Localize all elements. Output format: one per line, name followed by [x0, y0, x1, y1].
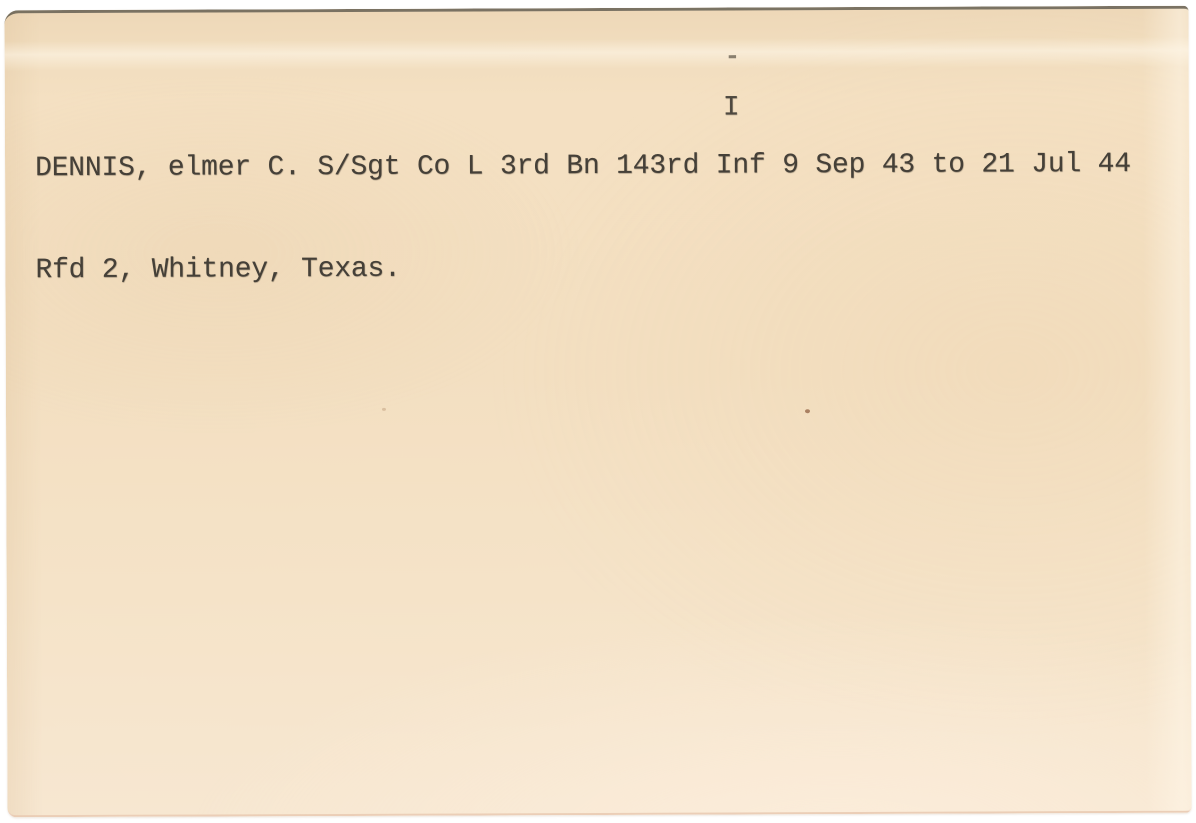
- scanned-page: DENNIS, elmer C. S/Sgt Co L 3rd Bn 143rd…: [0, 0, 1196, 823]
- overstrike-ghost-char: I: [723, 94, 740, 122]
- typed-line-1: DENNIS, elmer C. S/Sgt Co L 3rd Bn 143rd…: [35, 148, 1131, 186]
- scan-light-band-top: [5, 37, 1189, 72]
- overstrike-dash: -: [725, 43, 741, 69]
- typed-line-2-text: Rfd 2, Whitney, Texas.: [35, 254, 400, 286]
- index-card: DENNIS, elmer C. S/Sgt Co L 3rd Bn 143rd…: [4, 6, 1191, 818]
- ink-speck-faint: [382, 408, 386, 411]
- scan-light-band-right: [1142, 9, 1191, 811]
- ink-speck: [805, 409, 810, 413]
- typed-line-2: Rfd 2, Whitney, Texas.: [35, 250, 1131, 288]
- typed-text-block: DENNIS, elmer C. S/Sgt Co L 3rd Bn 143rd…: [35, 80, 1132, 356]
- typed-line-1-text: DENNIS, elmer C. S/Sgt Co L 3rd Bn 143rd…: [35, 149, 1131, 184]
